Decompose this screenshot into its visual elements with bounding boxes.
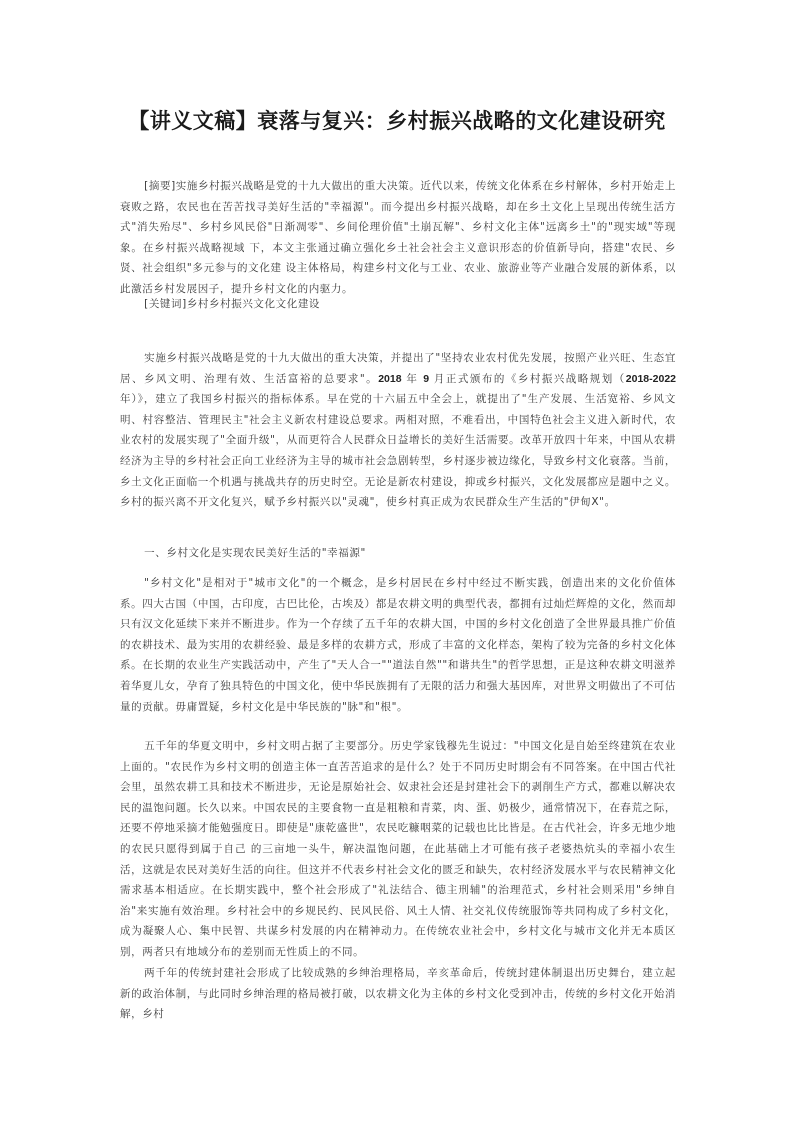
year-number: 2018 (378, 373, 401, 385)
body-paragraph-1: 实施乡村振兴战略是党的十九大做出的重大决策，并提出了"坚持农业农村优先发展，按照… (120, 348, 676, 513)
body-paragraph-4: 两千年的传统封建社会形成了比较成熟的乡绅治理格局，辛亥革命后，传统封建体制退出历… (120, 963, 676, 1025)
document-title: 【讲义文稿】衰落与复兴：乡村振兴战略的文化建设研究 (0, 106, 794, 136)
abstract-paragraph: [摘要]实施乡村振兴战略是党的十九大做出的重大决策。近代以来，传统文化体系在乡村… (120, 176, 676, 300)
document-page: 【讲义文稿】衰落与复兴：乡村振兴战略的文化建设研究 [摘要]实施乡村振兴战略是党… (0, 0, 794, 1122)
paragraph-text: 年）》，建立了我国乡村振兴的指标体系。早在党的十六届五中全会上，就提出了"生产发… (120, 393, 676, 508)
keywords-line: [关键词]乡村乡村振兴文化文化建设 (120, 294, 676, 315)
section-heading-1: 一、乡村文化是实现农民美好生活的"幸福源" (120, 543, 676, 564)
year-range: 2018-2022 (626, 373, 676, 385)
body-paragraph-3: 五千年的华夏文明中，乡村文明占据了主要部分。历史学家钱穆先生说过："中国文化是自… (120, 736, 676, 963)
body-paragraph-2: "乡村文化"是相对于"城市文化"的一个概念，是乡村居民在乡村中经过不断实践，创造… (120, 573, 676, 717)
paragraph-text: 年 (402, 373, 424, 385)
paragraph-text: 月正式颁布的《乡村振兴战略规划（ (429, 373, 626, 385)
